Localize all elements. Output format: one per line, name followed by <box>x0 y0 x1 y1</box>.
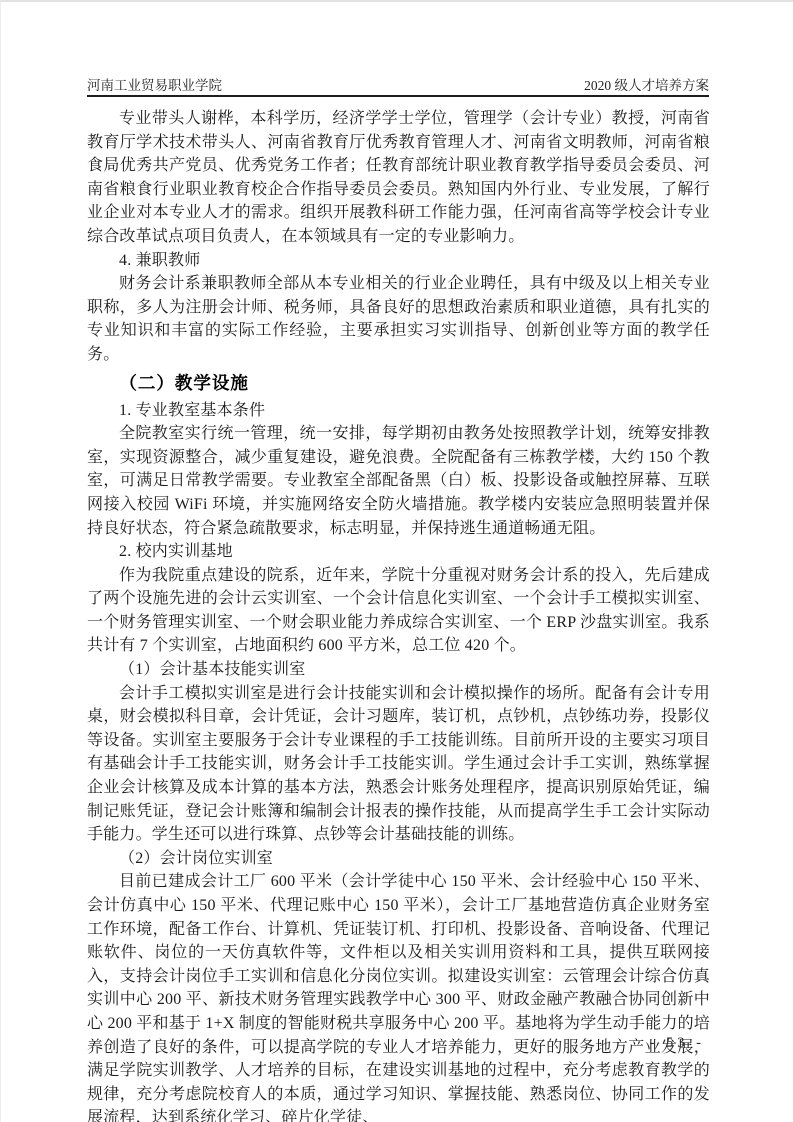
paragraph: 财务会计系兼职教师全部从本专业相关的行业企业聘任，具有中级及以上相关专业职称，多… <box>87 272 710 366</box>
page-header: 河南工业贸易职业学院 2020 级人才培养方案 <box>87 74 709 94</box>
header-right-text: 2020 级人才培养方案 <box>584 74 709 94</box>
header-left-text: 河南工业贸易职业学院 <box>87 74 222 94</box>
section-heading: （二）教学设施 <box>87 370 710 397</box>
paragraph: 目前已建成会计工厂 600 平米（会计学徒中心 150 平米、会计经验中心 15… <box>87 870 710 1122</box>
subsection-title: （2）会计岗位实训室 <box>87 847 710 871</box>
paragraph: 专业带头人谢桦，本科学历，经济学学士学位，管理学（会计专业）教授，河南省教育厅学… <box>87 107 710 249</box>
paragraph: 全院教室实行统一管理，统一安排，每学期初由教务处按照教学计划，统筹安排教室，实现… <box>87 422 710 540</box>
document-body: 专业带头人谢桦，本科学历，经济学学士学位，管理学（会计专业）教授，河南省教育厅学… <box>87 107 710 1122</box>
header-rule <box>87 95 709 97</box>
document-page: 河南工业贸易职业学院 2020 级人才培养方案 专业带头人谢桦，本科学历，经济学… <box>0 0 793 1122</box>
page-number: - 53 - <box>650 1035 705 1051</box>
paragraph: 作为我院重点建设的院系，近年来，学院十分重视对财务会计系的投入，先后建成了两个设… <box>87 564 710 658</box>
subsection-title: 2. 校内实训基地 <box>87 540 710 564</box>
page-footer: - 53 - <box>650 1035 705 1052</box>
subsection-title: 4. 兼职教师 <box>87 249 710 273</box>
subsection-title: （1）会计基本技能实训室 <box>87 658 710 682</box>
subsection-title: 1. 专业教室基本条件 <box>87 399 710 423</box>
paragraph: 会计手工模拟实训室是进行会计技能实训和会计模拟操作的场所。配备有会计专用桌，财会… <box>87 682 710 847</box>
